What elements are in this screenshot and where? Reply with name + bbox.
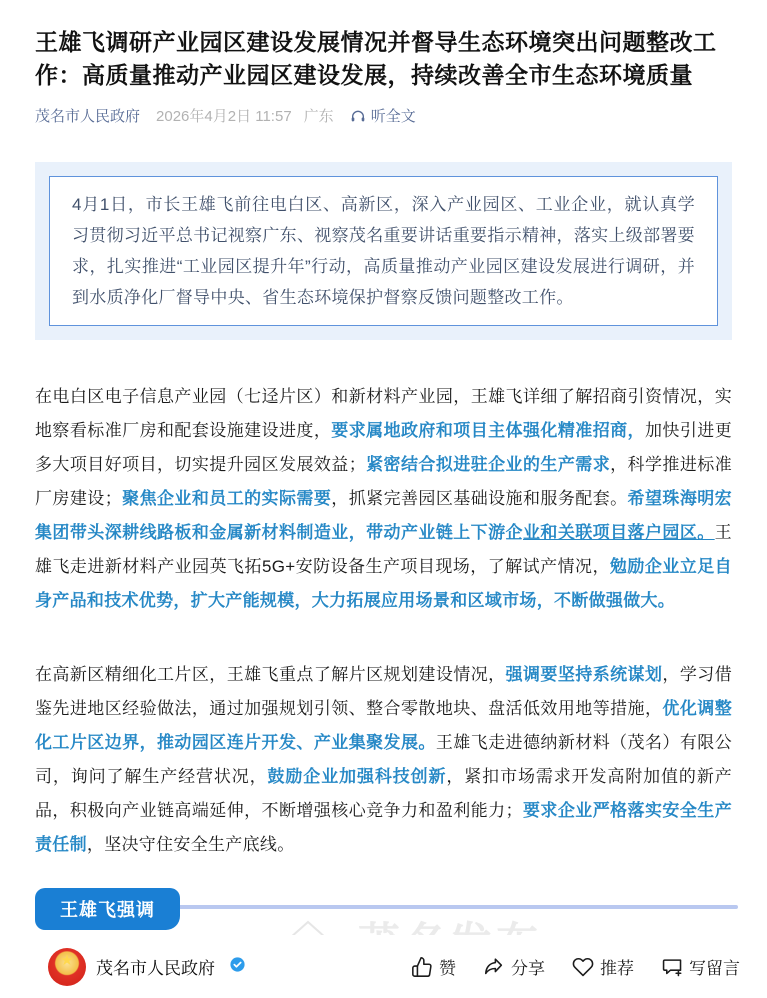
comment-icon	[661, 956, 683, 978]
publish-location: 广东	[304, 105, 334, 126]
text-segment: 强调要坚持系统谋划	[506, 665, 663, 684]
publisher-avatar[interactable]: ★	[48, 948, 86, 986]
publish-date: 2026年4月2日 11:57	[156, 105, 292, 126]
text-segment: 要求属地政府和项目主体强化精准招商，	[331, 421, 645, 440]
article-paragraph: 在电白区电子信息产业园（七迳片区）和新材料产业园，王雄飞详细了解招商引资情况，实…	[35, 380, 732, 618]
share-icon	[483, 956, 505, 978]
section-badge: 王雄飞强调	[35, 888, 180, 930]
recommend-label: 推荐	[600, 954, 634, 979]
article-paragraph: 在高新区精细化工片区，王雄飞重点了解片区规划建设情况，强调要坚持系统谋划，学习借…	[35, 658, 732, 862]
footer-actions: 赞 分享 推荐 写	[411, 954, 740, 979]
page-title: 王雄飞调研产业园区建设发展情况并督导生态环境突出问题整改工作：高质量推动产业园区…	[35, 26, 732, 92]
verified-badge-icon	[229, 956, 246, 978]
text-segment: 鼓励企业加强科技创新	[268, 767, 447, 786]
listen-full-text-button[interactable]: 听全文	[350, 105, 416, 126]
footer-bar: ★ 茂名市人民政府 赞 分享	[0, 935, 767, 998]
headphone-icon	[350, 108, 366, 124]
comment-button[interactable]: 写留言	[661, 954, 740, 979]
publisher-account-link[interactable]: 茂名市人民政府	[35, 105, 140, 126]
text-segment: ，坚决守住安全生产底线。	[87, 835, 295, 854]
like-label: 赞	[439, 954, 456, 979]
text-segment: ，抓紧完善园区基础设施和服务配套。	[331, 489, 627, 508]
share-button[interactable]: 分享	[483, 954, 545, 979]
share-label: 分享	[511, 954, 545, 979]
recommend-button[interactable]: 推荐	[572, 954, 634, 979]
listen-label: 听全文	[371, 105, 416, 126]
summary-quote-text: 4月1日，市长王雄飞前往电白区、高新区，深入产业园区、工业企业，就认真学习贯彻习…	[49, 176, 718, 326]
thumbs-up-icon	[411, 956, 433, 978]
article-page: 王雄飞调研产业园区建设发展情况并督导生态环境突出问题整改工作：高质量推动产业园区…	[0, 0, 767, 968]
article-meta: 茂名市人民政府 2026年4月2日 11:57 广东 听全文	[35, 105, 732, 126]
emblem-star-icon: ★	[48, 953, 86, 968]
text-segment: 在高新区精细化工片区，王雄飞重点了解片区规划建设情况，	[35, 665, 506, 684]
text-segment: 聚焦企业和员工的实际需要	[122, 489, 331, 508]
text-segment: 业和关联项目落户园区。	[523, 523, 715, 542]
section-header-line	[155, 905, 738, 909]
publisher-name[interactable]: 茂名市人民政府	[96, 954, 215, 979]
heart-icon	[572, 956, 594, 978]
footer-publisher[interactable]: ★ 茂名市人民政府	[48, 948, 411, 986]
like-button[interactable]: 赞	[411, 954, 456, 979]
summary-quote-box: 4月1日，市长王雄飞前往电白区、高新区，深入产业园区、工业企业，就认真学习贯彻习…	[35, 162, 732, 340]
section-header: 王雄飞强调	[35, 888, 732, 926]
comment-label: 写留言	[689, 954, 740, 979]
text-segment: 紧密结合拟进驻企业的生产需求	[366, 455, 610, 474]
